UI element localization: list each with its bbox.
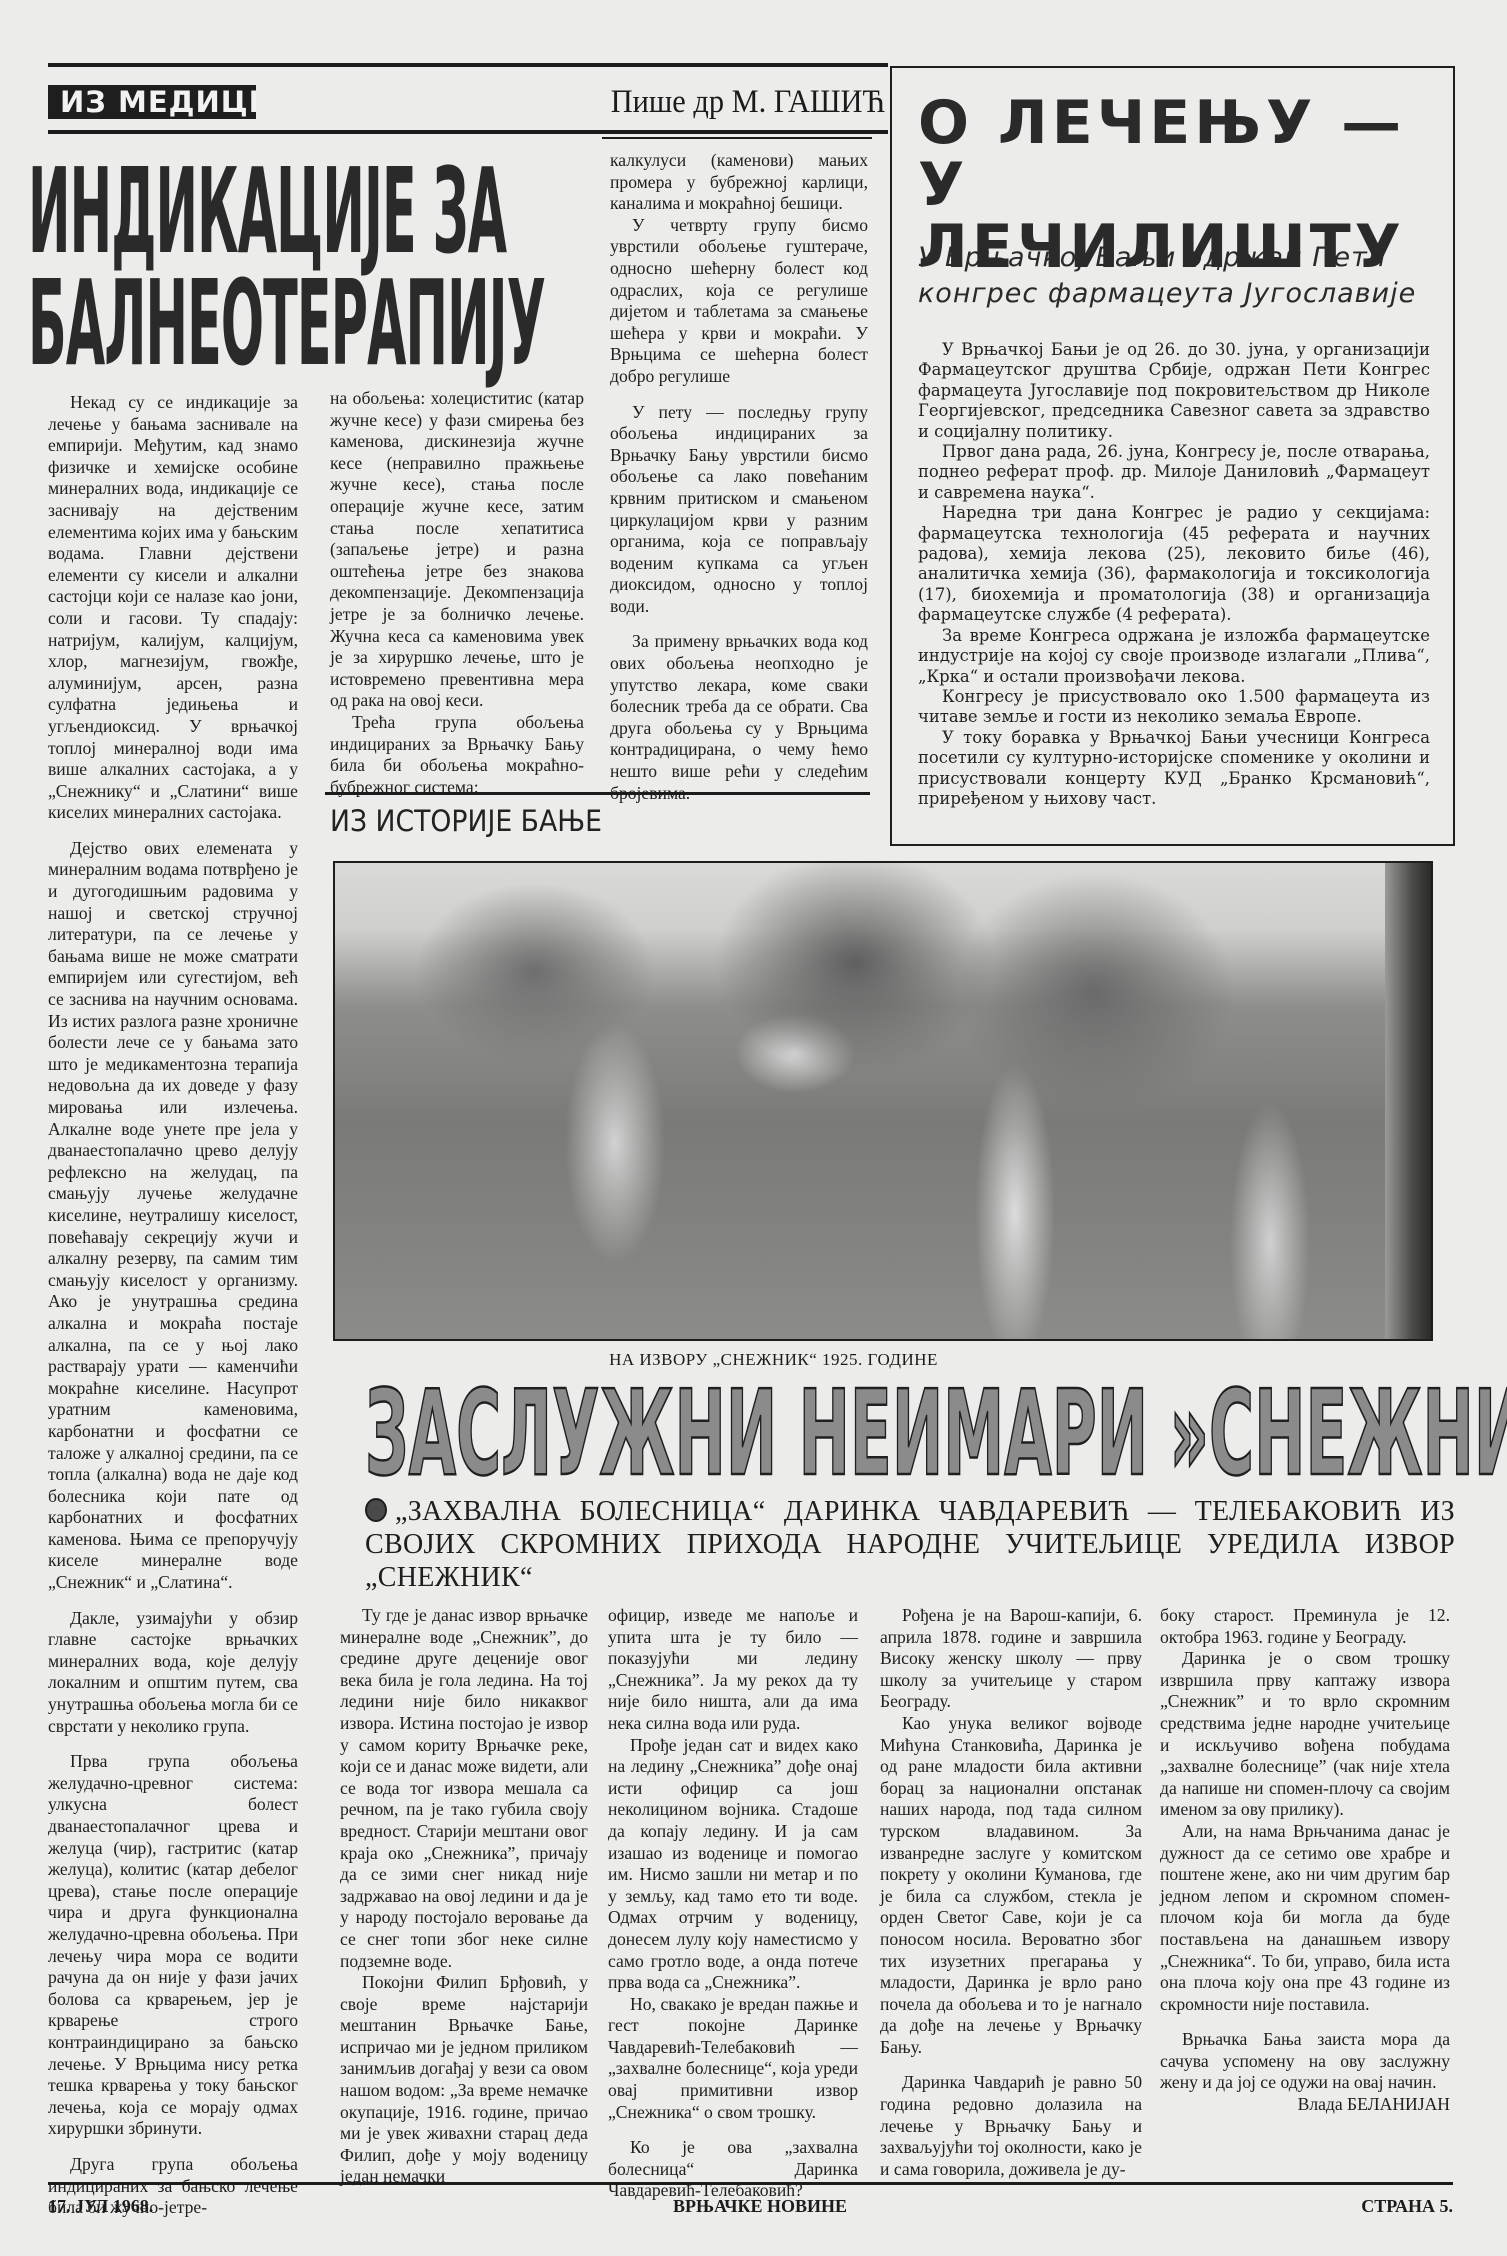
paragraph: Некад су се индикације за лечење у бањам…: [48, 392, 298, 824]
paragraph: Но, свакако је вредан пажње и гест покој…: [608, 1994, 858, 2124]
photo-edge-shadow: [1385, 863, 1431, 1339]
paragraph: Покојни Филип Брђовић, у своје време нај…: [340, 1972, 588, 2188]
paragraph: Врњачка Бања заиста мора да сачува успом…: [1160, 2029, 1450, 2094]
section-heading-history: ИЗ ИСТОРИЈЕ БАЊЕ: [330, 803, 602, 839]
paragraph: У четврту групу бисмо уврстили обољење г…: [610, 215, 868, 388]
paragraph: Дејство ових елемената у минералним вода…: [48, 838, 298, 1594]
byline: Пише др М. ГАШИЋ: [586, 80, 885, 124]
article1-col1: Некад су се индикације за лечење у бањам…: [48, 392, 298, 2219]
paragraph: Ко је ова „захвална болесница“ Даринка Ч…: [608, 2137, 858, 2202]
paragraph: Дакле, узимајући у обзир главне састојке…: [48, 1608, 298, 1738]
paragraph: За време Конгреса одржана је изложба фар…: [918, 626, 1430, 687]
article1-bottom-rule: [325, 792, 870, 795]
paragraph: на обољења: холециститис (катар жучне ке…: [330, 388, 584, 712]
footer-date: 17. ЈУЛ 1968.: [48, 2195, 153, 2217]
historic-photo: [333, 861, 1433, 1341]
paragraph: У Врњачкој Бањи је од 26. до 30. јуна, у…: [918, 340, 1430, 442]
headline-line2: БАЛНЕОТЕРАПИЈУ: [28, 267, 157, 379]
paragraph: Даринка Чавдарић је равно 50 година редо…: [880, 2072, 1142, 2180]
section-kicker: ИЗ МЕДИЦИНЕ: [48, 85, 256, 119]
footer-rule: [48, 2182, 1453, 2185]
paragraph: Али, на нама Врњчанима данас је дужност …: [1160, 1821, 1450, 2015]
headline-line1: ИНДИКАЦИЈЕ ЗА: [28, 155, 157, 267]
footer-paper-name: ВРЊАЧКЕ НОВИНЕ: [640, 2195, 880, 2217]
paragraph: Рођена је на Варош-капији, 6. априла 187…: [880, 1605, 1142, 1713]
article3-col3: Рођена је на Варош-капији, 6. априла 187…: [880, 1605, 1142, 2180]
bullet-icon: [365, 1498, 387, 1522]
paragraph: Првог дана рада, 26. јуна, Конгресу је, …: [918, 442, 1430, 503]
article3-col1: Ту где је данас извор врњачке минералне …: [340, 1605, 588, 2188]
paragraph: Ту где је данас извор врњачке минералне …: [340, 1605, 588, 1972]
paragraph: У току боравка у Врњачкој Бањи учесници …: [918, 728, 1430, 810]
article2-body: У Врњачкој Бањи је од 26. до 30. јуна, у…: [918, 340, 1430, 809]
footer-page-number: СТРАНА 5.: [1300, 2195, 1453, 2217]
top-rule: [48, 63, 888, 67]
article2-subheadline: У Врњачкој Бањи одржан Пети конгрес фарм…: [918, 240, 1438, 312]
paragraph: Прва група обољења желудачно-цревног сис…: [48, 1751, 298, 2140]
signature: Влада БЕЛАНИЈАН: [1160, 2094, 1450, 2116]
paragraph: За примену врњачких вода код ових обољењ…: [610, 631, 868, 804]
paragraph: боку старост. Преминула је 12. октобра 1…: [1160, 1605, 1450, 1648]
paragraph: Даринка је о свом трошку извршила прву к…: [1160, 1648, 1450, 1821]
paragraph: калкулуси (каменови) мањих промера у буб…: [610, 150, 868, 215]
paragraph: Наредна три дана Конгрес је радио у секц…: [918, 503, 1430, 625]
paragraph: У пету — последњу групу обољења индицира…: [610, 402, 868, 618]
paragraph: Прође један сат и видех како на ледину „…: [608, 1735, 858, 1994]
article3-deck: „ЗАХВАЛНА БОЛЕСНИЦА“ ДАРИНКА ЧАВДАРЕВИЋ …: [365, 1495, 1455, 1594]
kicker-rule: [48, 130, 888, 134]
article1-col3: калкулуси (каменови) мањих промера у буб…: [610, 150, 868, 804]
article1-headline: ИНДИКАЦИЈЕ ЗА БАЛНЕОТЕРАПИЈУ: [28, 155, 157, 379]
article3-col2: официр, изведе ме напоље и упита шта је …: [608, 1605, 858, 2202]
article3-col4: боку старост. Преминула је 12. октобра 1…: [1160, 1605, 1450, 2116]
deck-text: „ЗАХВАЛНА БОЛЕСНИЦА“ ДАРИНКА ЧАВДАРЕВИЋ …: [365, 1496, 1455, 1593]
paragraph: Конгресу је присуствовало око 1.500 фарм…: [918, 687, 1430, 728]
article3-headline: ЗАСЛУЖНИ НЕИМАРИ »СНЕЖНИКА«: [365, 1378, 1507, 1488]
article1-col2: на обољења: холециститис (катар жучне ке…: [330, 388, 584, 798]
paragraph: Као унука великог војводе Мићуна Станков…: [880, 1713, 1142, 2059]
col3-top-rule: [602, 137, 872, 139]
paragraph: Трећа група обољења индицираних за Врњач…: [330, 712, 584, 798]
paragraph: официр, изведе ме напоље и упита шта је …: [608, 1605, 858, 1735]
